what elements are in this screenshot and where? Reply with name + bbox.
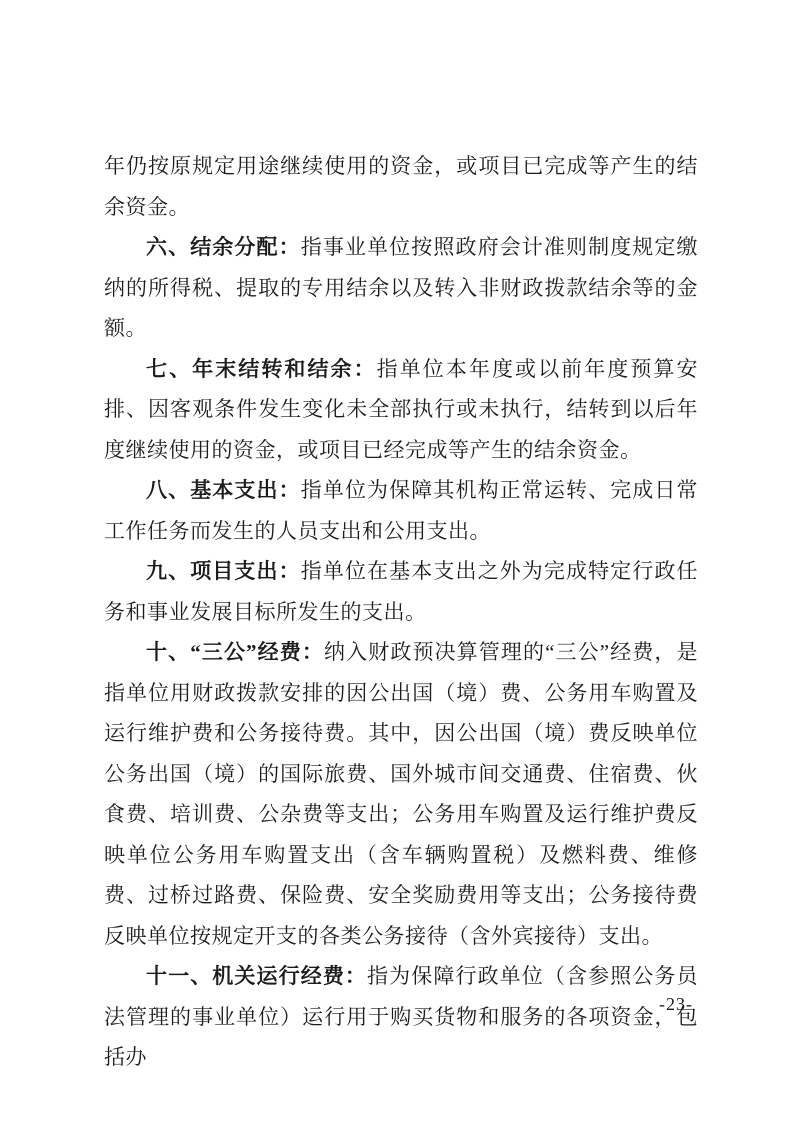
paragraph-label: 九、项目支出： (146, 559, 301, 583)
paragraph-item-8: 八、基本支出：指单位为保障其机构正常运转、完成日常工作任务而发生的人员支出和公用… (104, 470, 698, 551)
paragraph-label: 七、年末结转和结余： (146, 357, 377, 381)
paragraph-label: 十、“三公”经费： (146, 640, 324, 664)
paragraph-text: 年仍按原规定用途继续使用的资金，或项目已完成等产生的结余资金。 (104, 154, 698, 219)
page-number: -23- (659, 994, 693, 1015)
document-page: 年仍按原规定用途继续使用的资金，或项目已完成等产生的结余资金。 六、结余分配：指… (0, 0, 793, 1122)
document-body: 年仍按原规定用途继续使用的资金，或项目已完成等产生的结余资金。 六、结余分配：指… (104, 146, 698, 1078)
paragraph-item-9: 九、项目支出：指单位在基本支出之外为完成特定行政任务和事业发展目标所发生的支出。 (104, 551, 698, 632)
paragraph-text: 纳入财政预决算管理的“三公”经费，是指单位用财政拨款安排的因公出国（境）费、公务… (104, 640, 698, 948)
paragraph-label: 六、结余分配： (146, 235, 301, 259)
paragraph-item-11: 十一、机关运行经费：指为保障行政单位（含参照公务员法管理的事业单位）运行用于购买… (104, 956, 698, 1078)
paragraph-label: 十一、机关运行经费： (146, 964, 367, 988)
paragraph-item-6: 六、结余分配：指事业单位按照政府会计准则制度规定缴纳的所得税、提取的专用结余以及… (104, 227, 698, 349)
paragraph-item-10: 十、“三公”经费：纳入财政预决算管理的“三公”经费，是指单位用财政拨款安排的因公… (104, 632, 698, 956)
paragraph-continuation: 年仍按原规定用途继续使用的资金，或项目已完成等产生的结余资金。 (104, 146, 698, 227)
paragraph-label: 八、基本支出： (146, 478, 301, 502)
paragraph-item-7: 七、年末结转和结余：指单位本年度或以前年度预算安排、因客观条件发生变化未全部执行… (104, 349, 698, 471)
